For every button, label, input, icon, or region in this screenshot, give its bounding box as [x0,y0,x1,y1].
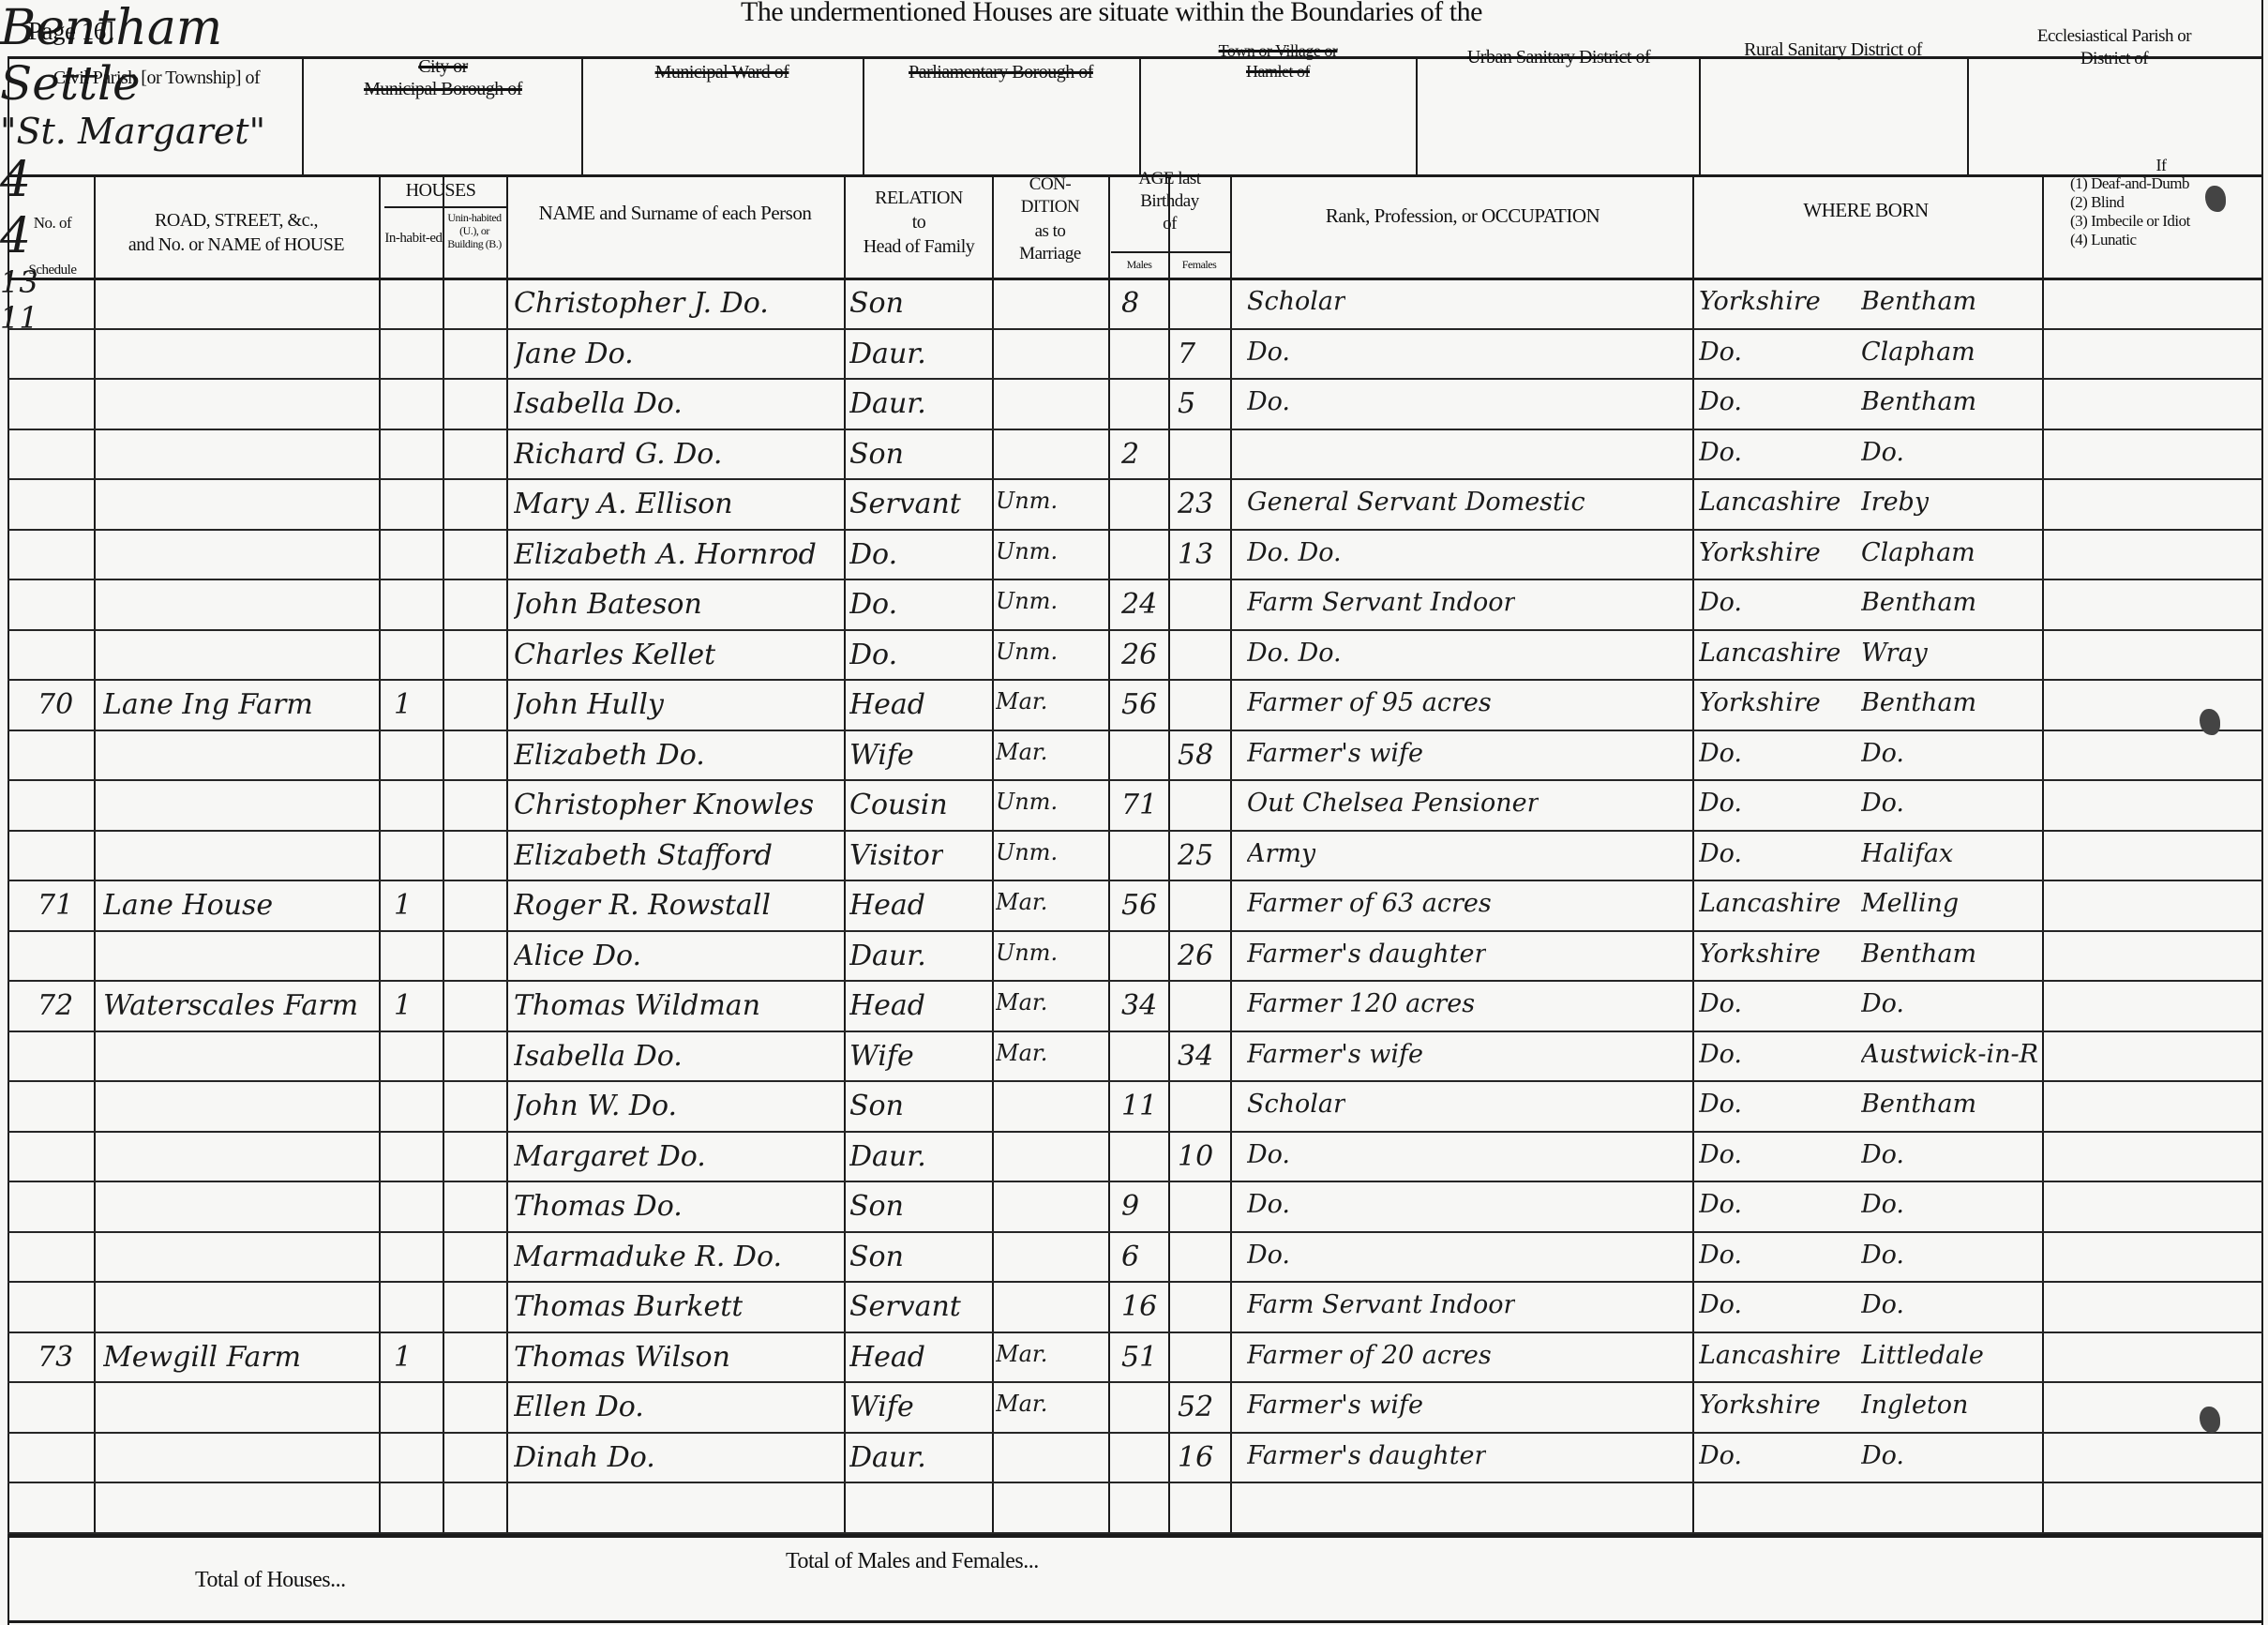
person-name: Isabella Do. [514,387,683,420]
born-county: Do. [1699,789,1742,818]
age-male: 34 [1121,989,1157,1022]
row-rule [8,880,2263,881]
born-place: Clapham [1861,538,1975,567]
disability-item-1: (1) Deaf-and-Dumb [2070,174,2189,193]
person-name: John Bateson [514,588,702,621]
inhabited-count: 1 [394,889,412,922]
born-county: Lancashire [1699,889,1840,918]
col-age-females: Females [1170,259,1228,272]
occupation: Farmer of 95 acres [1247,688,1492,717]
relation: Servant [849,1290,961,1323]
marital-condition: Unm. [996,940,1058,966]
ink-blot [2200,709,2220,735]
col-schedule-2: Schedule [11,263,94,278]
occupation: Scholar [1247,287,1345,316]
row-rule [8,830,2263,832]
born-county: Yorkshire [1699,538,1821,567]
disability-item-3: (3) Imbecile or Idiot [2070,212,2190,231]
rural-sanitary-label: Rural Sanitary District of [1702,39,1964,61]
marital-condition: Unm. [996,839,1058,865]
inhabited-count: 1 [394,688,412,721]
age-female: 52 [1178,1391,1213,1423]
born-county: Yorkshire [1699,287,1821,316]
age-female: 13 [1178,538,1213,571]
col-occupation: Rank, Profession, or OCCUPATION [1238,204,1688,227]
born-county: Do. [1699,1290,1742,1319]
schedule-number: 72 [38,989,73,1022]
person-name: Elizabeth Do. [514,739,705,772]
occupation: Farmer's daughter [1247,940,1486,969]
row-rule [8,1181,2263,1182]
urban-sanitary-label: Urban Sanitary District of [1420,47,1697,68]
occupation: Out Chelsea Pensioner [1247,789,1539,818]
age-male: 71 [1121,789,1157,821]
occupation: Farm Servant Indoor [1247,588,1515,617]
house-name: Lane Ing Farm [103,688,313,721]
born-place: Do. [1861,1190,1904,1219]
col-relation-3: Head of Family [849,236,989,258]
row-rule [8,1482,2263,1483]
divider [1416,56,1418,176]
born-county: Do. [1699,1090,1742,1119]
age-female: 58 [1178,739,1213,772]
age-male: 9 [1121,1190,1139,1223]
person-name: Thomas Wildman [514,989,760,1022]
row-rule [8,679,2263,681]
divider [1139,56,1141,176]
occupation: Do. [1247,1140,1290,1169]
born-county: Do. [1699,1190,1742,1219]
col-condition-4: Marriage [994,244,1106,264]
relation: Head [849,989,925,1022]
col-schedule-1: No. of [11,214,94,233]
col-condition-1: CON- [994,174,1106,195]
person-name: Thomas Burkett [514,1290,743,1323]
age-male: 24 [1121,588,1157,621]
row-rule [8,1381,2263,1383]
row-rule [8,730,2263,731]
occupation: Farmer's wife [1247,739,1423,768]
born-county: Do. [1699,989,1742,1018]
frame-left [8,58,9,1625]
marital-condition: Unm. [996,538,1058,564]
person-name: Jane Do. [514,338,634,370]
marital-condition: Unm. [996,789,1058,815]
relation: Son [849,1241,904,1273]
born-place: Ireby [1861,488,1929,517]
occupation: Farmer's daughter [1247,1441,1486,1470]
inhabited-count: 1 [394,989,412,1022]
occupation: Do. Do. [1247,538,1342,567]
occupation: Do. [1247,1190,1290,1219]
col-relation-1: RELATION [849,188,989,209]
divider [1699,56,1701,176]
age-female: 23 [1178,488,1213,520]
ward-label: Municipal Ward of [586,62,858,83]
born-county: Yorkshire [1699,1391,1821,1420]
inhabited-count: 1 [394,1341,412,1374]
age-rule [1111,251,1231,253]
age-female: 16 [1178,1441,1213,1474]
person-name: Elizabeth A. Hornrod [514,538,817,571]
relation: Daur. [849,387,926,420]
person-name: Roger R. Rowstall [514,889,771,922]
marital-condition: Mar. [996,688,1047,715]
occupation: Farmer of 63 acres [1247,889,1492,918]
page-number: Page 16] [28,17,113,46]
row-rule [8,1131,2263,1133]
age-female: 34 [1178,1040,1213,1073]
born-county: Do. [1699,839,1742,868]
relation: Daur. [849,940,926,972]
occupation: Do. [1247,387,1290,416]
person-name: Thomas Do. [514,1190,683,1223]
occupation: Farmer's wife [1247,1391,1423,1420]
schedule-number: 70 [38,688,73,721]
born-place: Do. [1861,1441,1904,1470]
schedule-number: 71 [38,889,73,922]
born-place: Clapham [1861,338,1975,367]
born-place: Halifax [1861,839,1953,868]
ecclesiastical-label-1: Ecclesiastical Parish or [1969,26,2260,47]
born-place: Bentham [1861,387,1976,416]
age-male: 56 [1121,889,1157,922]
relation: Son [849,438,904,471]
col-road-2: and No. or NAME of HOUSE [96,234,377,256]
born-county: Do. [1699,1441,1742,1470]
col-road-1: ROAD, STREET, &c., [96,210,377,232]
relation: Son [849,1090,904,1122]
relation: Visitor [849,839,943,872]
row-rule [8,429,2263,430]
born-county: Do. [1699,588,1742,617]
town-label-2: Hamlet of [1142,62,1414,82]
relation: Wife [849,739,914,772]
row-rule [8,1080,2263,1082]
relation: Son [849,1190,904,1223]
age-male: 51 [1121,1341,1157,1374]
ink-blot [2200,1407,2220,1433]
born-county: Yorkshire [1699,688,1821,717]
born-place: Do. [1861,1140,1904,1169]
born-place: Bentham [1861,287,1976,316]
marital-condition: Mar. [996,889,1047,915]
born-county: Yorkshire [1699,940,1821,969]
age-male: 26 [1121,639,1157,671]
marital-condition: Mar. [996,1391,1047,1417]
row-rule [8,1281,2263,1283]
total-houses-label: Total of Houses... [195,1568,346,1593]
civil-parish-label: Civil Parish [or Township] of [13,68,300,89]
born-place: Do. [1861,739,1904,768]
person-name: Ellen Do. [514,1391,644,1423]
person-name: John Hully [514,688,664,721]
divider [302,56,304,176]
born-county: Lancashire [1699,488,1840,517]
town-label-1: Town or Village or [1142,41,1414,61]
divider [863,56,864,176]
relation: Head [849,889,925,922]
col-condition-2: DITION [994,197,1106,218]
marital-condition: Mar. [996,1341,1047,1367]
city-label-2: Municipal Borough of [309,79,577,100]
person-name: Thomas Wilson [514,1341,730,1374]
col-houses-group: HOUSES [380,180,502,202]
relation: Wife [849,1040,914,1073]
born-county: Do. [1699,1140,1742,1169]
age-male: 11 [1121,1090,1157,1122]
bottom-rule [8,1620,2263,1623]
occupation: Farm Servant Indoor [1247,1290,1515,1319]
born-county: Do. [1699,338,1742,367]
house-name: Lane House [103,889,273,922]
marital-condition: Mar. [996,1040,1047,1066]
age-female: 10 [1178,1140,1213,1173]
person-name: Margaret Do. [514,1140,706,1173]
col-uninhabited: Unin-habited (U.), or Building (B.) [444,212,504,250]
occupation: Farmer 120 acres [1247,989,1475,1018]
relation: Cousin [849,789,948,821]
relation: Servant [849,488,961,520]
person-name: Elizabeth Stafford [514,839,773,872]
census-page: The undermentioned Houses are situate wi… [0,0,2268,1625]
row-rule [8,529,2263,531]
born-place: Melling [1861,889,1959,918]
born-county: Lancashire [1699,639,1840,668]
person-name: Charles Kellet [514,639,715,671]
row-rule [8,629,2263,631]
born-place: Littledale [1861,1341,1984,1370]
relation: Son [849,287,904,320]
occupation: Do. Do. [1247,639,1342,668]
occupation: Scholar [1247,1090,1345,1119]
totals-rule [8,1534,2263,1538]
col-inhabited: In-habit-ed [384,231,443,247]
divider [1967,56,1969,176]
age-female: 7 [1178,338,1195,370]
row-rule [8,930,2263,932]
person-name: Marmaduke R. Do. [514,1241,782,1273]
person-name: Mary A. Ellison [514,488,733,520]
parliamentary-label: Parliamentary Borough of [867,62,1134,83]
ecclesiastical-label-2: District of [1969,49,2260,69]
born-place: Bentham [1861,1090,1976,1119]
relation: Head [849,1341,925,1374]
row-rule [8,378,2263,380]
divider [581,56,583,176]
occupation: Farmer's wife [1247,1040,1423,1069]
marital-condition: Unm. [996,639,1058,665]
born-county: Do. [1699,387,1742,416]
person-name: Dinah Do. [514,1441,655,1474]
document-title: The undermentioned Houses are situate wi… [741,0,1482,28]
relation: Daur. [849,338,926,370]
relation: Head [849,688,925,721]
occupation: General Servant Domestic [1247,488,1585,517]
row-rule [8,478,2263,480]
person-name: Richard G. Do. [514,438,722,471]
born-place: Bentham [1861,940,1976,969]
born-place: Do. [1861,1290,1904,1319]
born-place: Austwick-in-Ribblesdale [1861,1040,2039,1069]
marital-condition: Mar. [996,739,1047,765]
born-place: Do. [1861,789,1904,818]
born-county: Do. [1699,1040,1742,1069]
col-condition-3: as to [994,221,1106,242]
relation: Daur. [849,1140,926,1173]
row-rule [8,779,2263,781]
row-rule [8,579,2263,580]
born-county: Do. [1699,438,1742,467]
born-place: Wray [1861,639,1928,668]
born-county: Do. [1699,739,1742,768]
marital-condition: Mar. [996,989,1047,1016]
schedule-number: 73 [38,1341,73,1374]
col-age-males: Males [1111,259,1167,272]
age-male: 2 [1121,438,1139,471]
header-bottom-rule [8,278,2263,280]
occupation: Farmer of 20 acres [1247,1341,1492,1370]
born-place: Do. [1861,989,1904,1018]
age-female: 26 [1178,940,1213,972]
total-persons-label: Total of Males and Females... [786,1549,1039,1574]
marital-condition: Unm. [996,588,1058,614]
occupation: Do. [1247,338,1290,367]
occupation: Army [1247,839,1315,868]
age-male: 56 [1121,688,1157,721]
age-male: 16 [1121,1290,1157,1323]
age-female: 25 [1178,839,1213,872]
relation: Wife [849,1391,914,1423]
col-disability-if: If [2063,156,2260,175]
person-name: Christopher J. Do. [514,287,769,320]
born-place: Bentham [1861,688,1976,717]
col-relation-2: to [849,212,989,233]
row-rule [8,328,2263,330]
person-name: Isabella Do. [514,1040,683,1073]
row-rule [8,1231,2263,1233]
ink-blot [2205,186,2226,212]
city-label-1: City or [309,56,577,78]
born-place: Do. [1861,1241,1904,1270]
person-name: Alice Do. [514,940,641,972]
born-county: Do. [1699,1241,1742,1270]
row-rule [8,980,2263,982]
relation: Do. [849,588,897,621]
row-rule [8,1031,2263,1032]
relation: Daur. [849,1441,926,1474]
born-place: Do. [1861,438,1904,467]
relation: Do. [849,639,897,671]
house-name: Waterscales Farm [103,989,358,1022]
house-name: Mewgill Farm [103,1341,301,1374]
occupation: Do. [1247,1241,1290,1270]
row-rule [8,1432,2263,1434]
col-where-born: WHERE BORN [1692,199,2039,221]
relation: Do. [849,538,897,571]
row-rule [8,1332,2263,1333]
born-place: Bentham [1861,588,1976,617]
person-name: Christopher Knowles [514,789,814,821]
marital-condition: Unm. [996,488,1058,514]
disability-item-4: (4) Lunatic [2070,231,2137,249]
age-male: 6 [1121,1241,1139,1273]
ecclesiastical-value: "St. Margaret" [0,111,2268,152]
person-name: John W. Do. [514,1090,677,1122]
houses-rule [384,206,506,208]
born-place: Ingleton [1861,1391,1968,1420]
age-male: 8 [1121,287,1139,320]
disability-item-2: (2) Blind [2070,193,2124,212]
col-name: NAME and Surname of each Person [511,202,839,224]
born-county: Lancashire [1699,1341,1840,1370]
age-female: 5 [1178,387,1195,420]
